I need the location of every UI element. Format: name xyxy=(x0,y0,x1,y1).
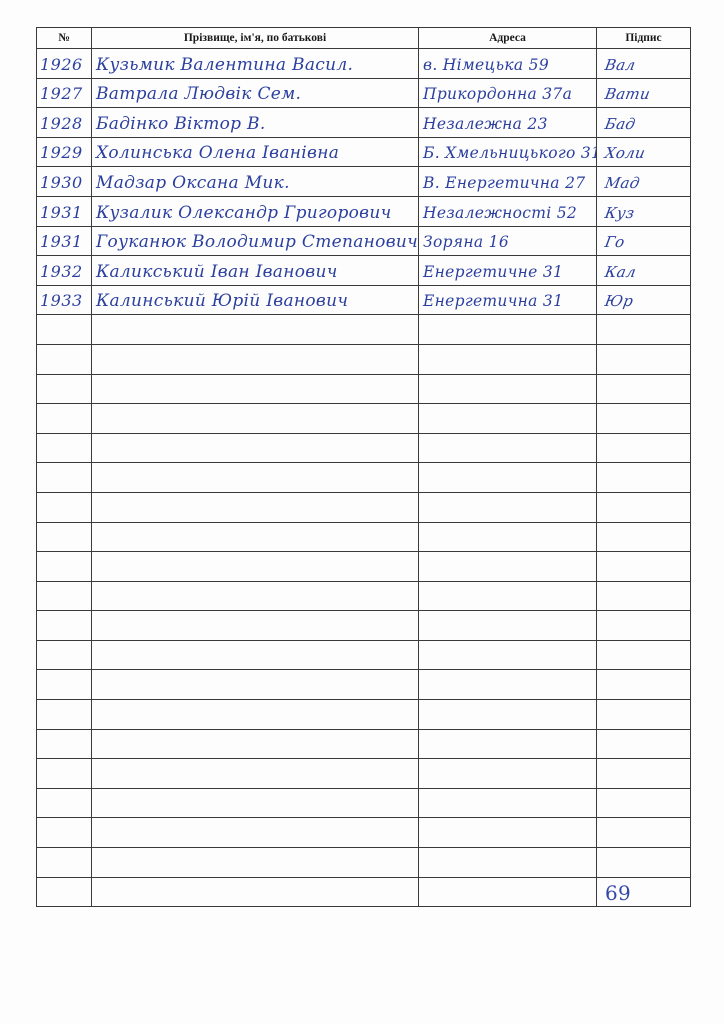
empty-cell xyxy=(597,670,691,700)
empty-cell xyxy=(37,877,92,907)
row-address: в. Німецька 59 xyxy=(419,52,596,78)
empty-table-row xyxy=(37,552,691,582)
row-number-cell: 1929 xyxy=(37,137,92,167)
empty-cell xyxy=(92,700,419,730)
empty-cell xyxy=(92,877,419,907)
empty-cell xyxy=(597,463,691,493)
empty-cell xyxy=(37,315,92,345)
row-number: 1929 xyxy=(37,140,91,166)
empty-cell xyxy=(419,788,597,818)
empty-table-row xyxy=(37,848,691,878)
header-name: Прізвище, ім'я, по батькові xyxy=(92,28,419,49)
empty-cell xyxy=(597,433,691,463)
empty-cell xyxy=(92,315,419,345)
row-name: Бадінко Віктор В. xyxy=(92,111,418,137)
empty-cell xyxy=(419,552,597,582)
row-name: Холинська Олена Іванівна xyxy=(92,140,418,166)
empty-cell xyxy=(37,700,92,730)
table-row: 1927Ватрала Людвік Сем.Прикордонна 37аВа… xyxy=(37,78,691,108)
empty-cell xyxy=(92,492,419,522)
empty-cell xyxy=(92,552,419,582)
empty-cell xyxy=(419,877,597,907)
row-signature: Кал xyxy=(597,259,691,285)
document-page: № Прізвище, ім'я, по батькові Адреса Під… xyxy=(0,0,724,1024)
empty-table-row xyxy=(37,581,691,611)
row-address-cell: Незалежності 52 xyxy=(419,196,597,226)
empty-cell xyxy=(92,611,419,641)
empty-cell xyxy=(92,759,419,789)
row-address: В. Енергетична 27 xyxy=(419,170,596,196)
empty-cell xyxy=(419,848,597,878)
empty-table-row xyxy=(37,404,691,434)
empty-cell xyxy=(419,611,597,641)
row-number-cell: 1927 xyxy=(37,78,92,108)
row-signature: Бад xyxy=(597,111,691,137)
empty-cell xyxy=(92,374,419,404)
row-number-cell: 1928 xyxy=(37,108,92,138)
row-name: Гоуканюк Володимир Степанович xyxy=(92,229,418,255)
table-row: 1931Гоуканюк Володимир СтепановичЗоряна … xyxy=(37,226,691,256)
empty-cell xyxy=(92,788,419,818)
row-number-cell: 1926 xyxy=(37,49,92,79)
table-row: 1931Кузалик Олександр ГригоровичНезалежн… xyxy=(37,196,691,226)
empty-cell xyxy=(419,492,597,522)
row-address: Незалежна 23 xyxy=(419,111,596,137)
empty-cell xyxy=(597,374,691,404)
row-address: Зоряна 16 xyxy=(419,229,596,255)
empty-table-row xyxy=(37,640,691,670)
empty-cell xyxy=(37,433,92,463)
row-number: 1933 xyxy=(37,288,91,314)
empty-cell xyxy=(92,433,419,463)
row-signature-cell: Вати xyxy=(597,78,691,108)
empty-cell xyxy=(37,818,92,848)
row-number-cell: 1933 xyxy=(37,285,92,315)
row-number: 1931 xyxy=(37,229,91,255)
row-signature-cell: Го xyxy=(597,226,691,256)
row-name-cell: Ватрала Людвік Сем. xyxy=(92,78,419,108)
row-signature-cell: Вал xyxy=(597,49,691,79)
empty-cell xyxy=(419,640,597,670)
empty-cell xyxy=(37,404,92,434)
empty-cell xyxy=(419,581,597,611)
signature-register-table: № Прізвище, ім'я, по батькові Адреса Під… xyxy=(36,27,691,907)
empty-table-row: 69 xyxy=(37,877,691,907)
row-address-cell: Енергетичне 31 xyxy=(419,256,597,286)
table-row: 1926Кузьмик Валентина Васил.в. Німецька … xyxy=(37,49,691,79)
empty-cell xyxy=(597,581,691,611)
row-signature-cell: Холи xyxy=(597,137,691,167)
row-signature: Холи xyxy=(597,140,691,166)
empty-cell xyxy=(92,640,419,670)
empty-cell xyxy=(419,374,597,404)
empty-cell xyxy=(597,700,691,730)
empty-cell: 69 xyxy=(597,877,691,907)
empty-table-row xyxy=(37,700,691,730)
empty-cell xyxy=(92,729,419,759)
empty-cell xyxy=(37,522,92,552)
row-address-cell: Б. Хмельницького 31 xyxy=(419,137,597,167)
row-signature: Куз xyxy=(597,200,691,226)
page-number: 69 xyxy=(597,880,690,906)
empty-cell xyxy=(597,640,691,670)
empty-cell xyxy=(597,492,691,522)
row-number: 1932 xyxy=(37,259,91,285)
row-name-cell: Гоуканюк Володимир Степанович xyxy=(92,226,419,256)
empty-cell xyxy=(92,522,419,552)
empty-cell xyxy=(419,315,597,345)
empty-table-row xyxy=(37,374,691,404)
empty-cell xyxy=(92,344,419,374)
row-address: Незалежності 52 xyxy=(419,200,596,226)
empty-cell xyxy=(92,404,419,434)
row-number-cell: 1932 xyxy=(37,256,92,286)
empty-cell xyxy=(597,611,691,641)
table-row: 1933Калинський Юрій ІвановичЕнергетична … xyxy=(37,285,691,315)
empty-cell xyxy=(419,670,597,700)
row-number: 1928 xyxy=(37,111,91,137)
empty-table-row xyxy=(37,315,691,345)
row-signature-cell: Куз xyxy=(597,196,691,226)
row-address-cell: Незалежна 23 xyxy=(419,108,597,138)
empty-cell xyxy=(419,404,597,434)
empty-cell xyxy=(419,433,597,463)
empty-table-row xyxy=(37,522,691,552)
empty-cell xyxy=(419,522,597,552)
empty-table-row xyxy=(37,670,691,700)
row-signature-cell: Мад xyxy=(597,167,691,197)
empty-cell xyxy=(37,788,92,818)
row-name-cell: Бадінко Віктор В. xyxy=(92,108,419,138)
row-address: Прикордонна 37а xyxy=(419,81,596,107)
empty-cell xyxy=(597,788,691,818)
empty-table-row xyxy=(37,463,691,493)
table-body: 1926Кузьмик Валентина Васил.в. Німецька … xyxy=(37,49,691,907)
row-signature-cell: Бад xyxy=(597,108,691,138)
row-name: Кузалик Олександр Григорович xyxy=(92,200,418,226)
empty-cell xyxy=(37,374,92,404)
row-number-cell: 1931 xyxy=(37,196,92,226)
row-address-cell: Прикордонна 37а xyxy=(419,78,597,108)
row-name: Ватрала Людвік Сем. xyxy=(92,81,418,107)
empty-cell xyxy=(419,759,597,789)
empty-cell xyxy=(37,344,92,374)
empty-cell xyxy=(37,640,92,670)
table-header-row: № Прізвище, ім'я, по батькові Адреса Під… xyxy=(37,28,691,49)
row-signature: Юр xyxy=(597,288,691,314)
empty-table-row xyxy=(37,344,691,374)
row-address-cell: В. Енергетична 27 xyxy=(419,167,597,197)
row-number: 1930 xyxy=(37,170,91,196)
empty-table-row xyxy=(37,788,691,818)
empty-cell xyxy=(37,492,92,522)
empty-cell xyxy=(597,315,691,345)
empty-table-row xyxy=(37,759,691,789)
empty-cell xyxy=(92,581,419,611)
table-row: 1930Мадзар Оксана Мик.В. Енергетична 27М… xyxy=(37,167,691,197)
empty-cell xyxy=(597,759,691,789)
empty-cell xyxy=(37,552,92,582)
empty-cell xyxy=(37,581,92,611)
row-address: Б. Хмельницького 31 xyxy=(419,140,596,166)
empty-cell xyxy=(597,522,691,552)
row-name-cell: Холинська Олена Іванівна xyxy=(92,137,419,167)
row-name-cell: Кузалик Олександр Григорович xyxy=(92,196,419,226)
row-number: 1927 xyxy=(37,81,91,107)
row-name-cell: Кузьмик Валентина Васил. xyxy=(92,49,419,79)
empty-cell xyxy=(37,848,92,878)
row-address: Енергетичне 31 xyxy=(419,259,596,285)
empty-cell xyxy=(92,848,419,878)
row-number-cell: 1930 xyxy=(37,167,92,197)
empty-cell xyxy=(597,729,691,759)
row-name: Мадзар Оксана Мик. xyxy=(92,170,418,196)
row-address-cell: Зоряна 16 xyxy=(419,226,597,256)
row-number: 1931 xyxy=(37,200,91,226)
row-address-cell: Енергетична 31 xyxy=(419,285,597,315)
row-number: 1926 xyxy=(37,52,91,78)
row-name-cell: Мадзар Оксана Мик. xyxy=(92,167,419,197)
empty-cell xyxy=(597,404,691,434)
empty-cell xyxy=(419,463,597,493)
row-signature: Вал xyxy=(597,52,691,78)
empty-cell xyxy=(92,670,419,700)
empty-cell xyxy=(37,611,92,641)
empty-cell xyxy=(419,729,597,759)
row-name: Кузьмик Валентина Васил. xyxy=(92,52,418,78)
row-signature-cell: Кал xyxy=(597,256,691,286)
empty-cell xyxy=(597,848,691,878)
table-row: 1928Бадінко Віктор В.Незалежна 23Бад xyxy=(37,108,691,138)
row-address-cell: в. Німецька 59 xyxy=(419,49,597,79)
empty-cell xyxy=(92,463,419,493)
row-number-cell: 1931 xyxy=(37,226,92,256)
row-name-cell: Каликський Іван Іванович xyxy=(92,256,419,286)
table-row: 1929Холинська Олена ІванівнаБ. Хмельниць… xyxy=(37,137,691,167)
header-number: № xyxy=(37,28,92,49)
empty-table-row xyxy=(37,433,691,463)
row-name-cell: Калинський Юрій Іванович xyxy=(92,285,419,315)
empty-cell xyxy=(597,552,691,582)
empty-table-row xyxy=(37,611,691,641)
row-name: Каликський Іван Іванович xyxy=(92,259,418,285)
row-address: Енергетична 31 xyxy=(419,288,596,314)
empty-cell xyxy=(37,670,92,700)
table-row: 1932Каликський Іван ІвановичЕнергетичне … xyxy=(37,256,691,286)
header-signature: Підпис xyxy=(597,28,691,49)
empty-cell xyxy=(597,344,691,374)
empty-cell xyxy=(419,344,597,374)
empty-cell xyxy=(37,759,92,789)
empty-cell xyxy=(37,729,92,759)
empty-table-row xyxy=(37,729,691,759)
empty-cell xyxy=(597,818,691,848)
row-name: Калинський Юрій Іванович xyxy=(92,288,418,314)
row-signature: Го xyxy=(597,229,691,255)
row-signature: Вати xyxy=(597,81,691,107)
row-signature: Мад xyxy=(597,170,691,196)
empty-cell xyxy=(419,700,597,730)
header-address: Адреса xyxy=(419,28,597,49)
empty-table-row xyxy=(37,818,691,848)
empty-cell xyxy=(37,463,92,493)
empty-cell xyxy=(92,818,419,848)
row-signature-cell: Юр xyxy=(597,285,691,315)
empty-table-row xyxy=(37,492,691,522)
empty-cell xyxy=(419,818,597,848)
